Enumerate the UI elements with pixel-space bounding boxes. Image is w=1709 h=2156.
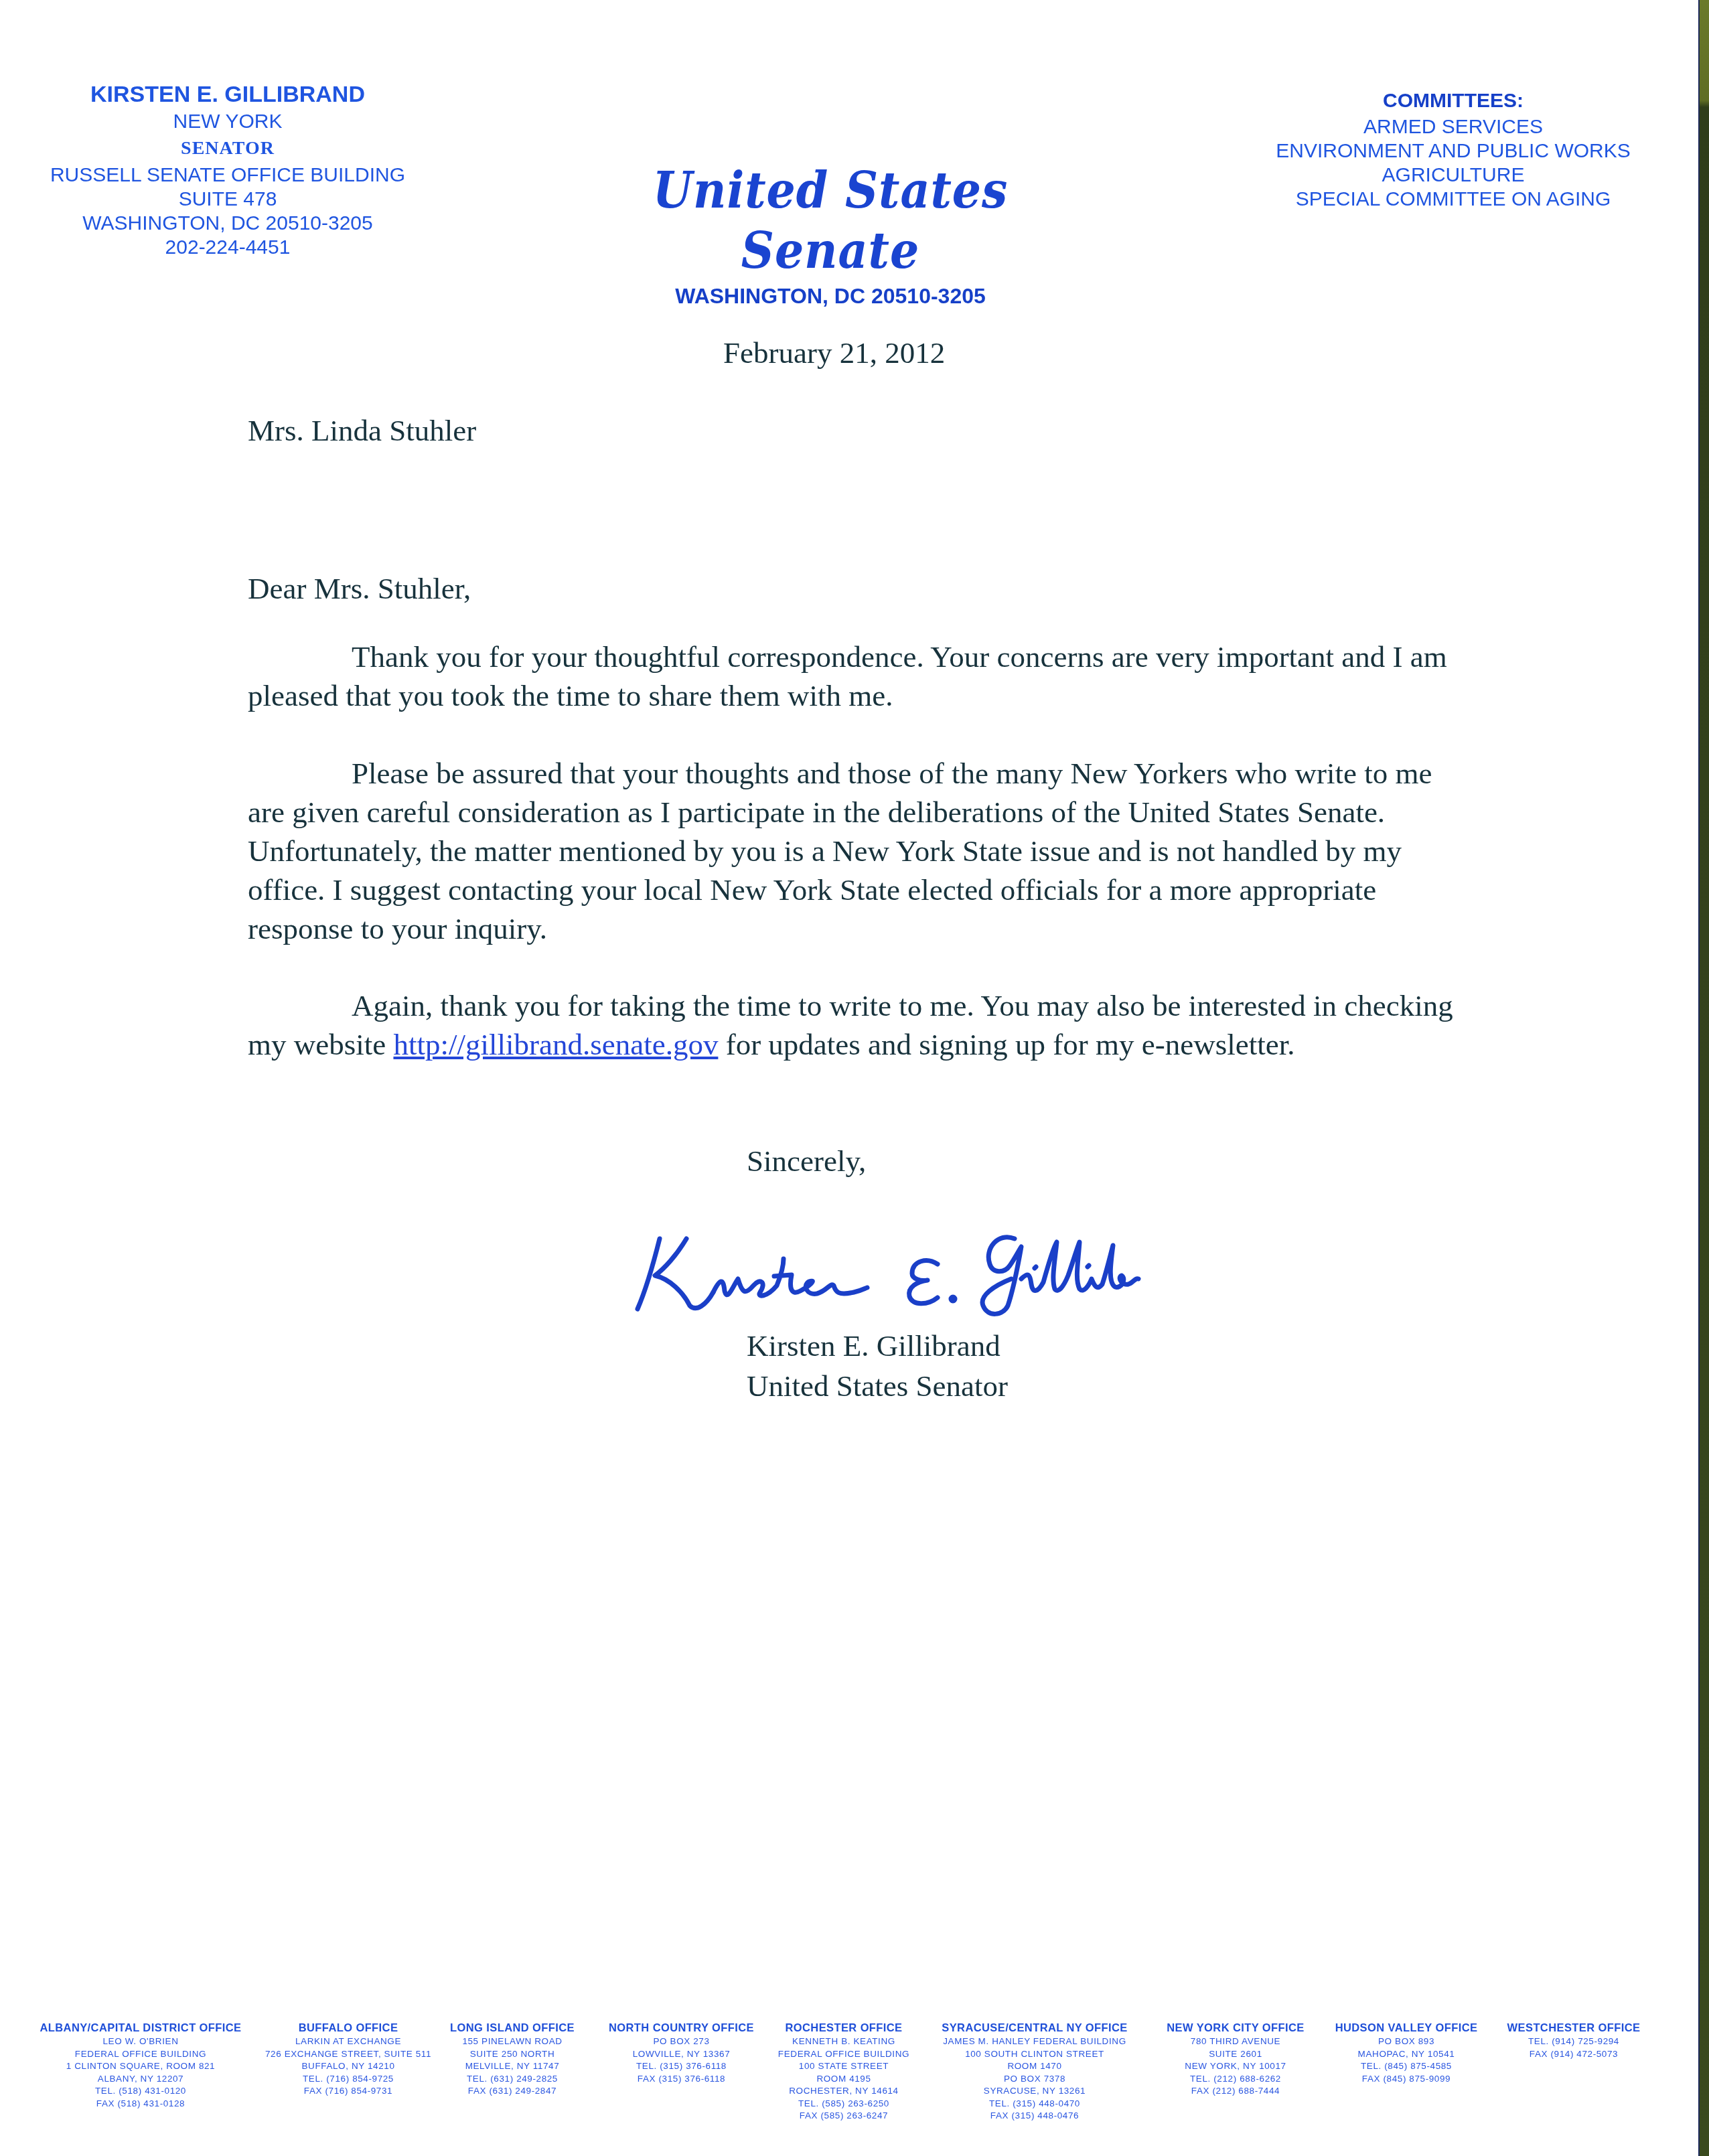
office-line: 726 EXCHANGE STREET, SUITE 511 xyxy=(251,2048,445,2061)
office-line: 155 PINELAWN ROAD xyxy=(442,2035,583,2048)
paragraph-text: for updates and signing up for my e-news… xyxy=(718,1028,1294,1061)
body-paragraph: Again, thank you for taking the time to … xyxy=(248,986,1467,1064)
office-name: LONG ISLAND OFFICE xyxy=(442,2021,583,2035)
office-phone: 202-224-4451 xyxy=(40,236,415,260)
office-line: TEL. (212) 688-6262 xyxy=(1155,2073,1316,2086)
office-buffalo: BUFFALO OFFICE LARKIN AT EXCHANGE 726 EX… xyxy=(251,2021,445,2098)
office-westchester: WESTCHESTER OFFICE TEL. (914) 725-9294 F… xyxy=(1497,2021,1651,2060)
office-line: LEO W. O'BRIEN xyxy=(33,2035,248,2048)
office-suite: SUITE 478 xyxy=(40,187,415,212)
signature-icon xyxy=(623,1212,1145,1319)
office-line: FAX (315) 376-6118 xyxy=(599,2073,763,2086)
office-line: KENNETH B. KEATING xyxy=(773,2035,914,2048)
office-line: MELVILLE, NY 11747 xyxy=(442,2060,583,2073)
committee-item: ARMED SERVICES xyxy=(1239,115,1667,139)
office-albany: ALBANY/CAPITAL DISTRICT OFFICE LEO W. O'… xyxy=(33,2021,248,2110)
senate-masthead: United States Senate WASHINGTON, DC 2051… xyxy=(563,161,1098,309)
signer-name: Kirsten E. Gillibrand xyxy=(747,1326,1008,1366)
office-line: TEL. (585) 263-6250 xyxy=(773,2098,914,2110)
paragraph-text: Please be assured that your thoughts and… xyxy=(248,754,1467,948)
office-syracuse: SYRACUSE/CENTRAL NY OFFICE JAMES M. HANL… xyxy=(927,2021,1142,2123)
letter-date: February 21, 2012 xyxy=(723,333,945,372)
signature-block: Kirsten E. Gillibrand United States Sena… xyxy=(747,1326,1008,1406)
institution-name: United States Senate xyxy=(584,161,1077,281)
office-line: TEL. (914) 725-9294 xyxy=(1497,2035,1651,2048)
office-north-country: NORTH COUNTRY OFFICE PO BOX 273 LOWVILLE… xyxy=(599,2021,763,2085)
office-line: LOWVILLE, NY 13367 xyxy=(599,2048,763,2061)
office-line: TEL. (716) 854-9725 xyxy=(251,2073,445,2086)
office-line: ALBANY, NY 12207 xyxy=(33,2073,248,2086)
office-line: FEDERAL OFFICE BUILDING xyxy=(773,2048,914,2061)
office-line: 1 CLINTON SQUARE, ROOM 821 xyxy=(33,2060,248,2073)
office-building: RUSSELL SENATE OFFICE BUILDING xyxy=(40,163,415,187)
scanned-page-edge xyxy=(1698,0,1709,2156)
senator-title: SENATOR xyxy=(40,134,415,163)
office-line: TEL. (845) 875-4585 xyxy=(1326,2060,1487,2073)
website-link[interactable]: http://gillibrand.senate.gov xyxy=(393,1028,718,1061)
office-line: 780 THIRD AVENUE xyxy=(1155,2035,1316,2048)
office-line: MAHOPAC, NY 10541 xyxy=(1326,2048,1487,2061)
handwritten-signature xyxy=(623,1212,1145,1319)
committee-item: ENVIRONMENT AND PUBLIC WORKS xyxy=(1239,139,1667,163)
senator-state: NEW YORK xyxy=(40,110,415,134)
office-name: ALBANY/CAPITAL DISTRICT OFFICE xyxy=(33,2021,248,2035)
office-line: TEL. (518) 431-0120 xyxy=(33,2085,248,2098)
office-line: PO BOX 893 xyxy=(1326,2035,1487,2048)
office-name: WESTCHESTER OFFICE xyxy=(1497,2021,1651,2035)
committees-block: COMMITTEES: ARMED SERVICES ENVIRONMENT A… xyxy=(1239,87,1667,212)
salutation: Dear Mrs. Stuhler, xyxy=(248,569,471,608)
office-new-york-city: NEW YORK CITY OFFICE 780 THIRD AVENUE SU… xyxy=(1155,2021,1316,2098)
office-rochester: ROCHESTER OFFICE KENNETH B. KEATING FEDE… xyxy=(773,2021,914,2123)
office-hudson-valley: HUDSON VALLEY OFFICE PO BOX 893 MAHOPAC,… xyxy=(1326,2021,1487,2085)
office-name: HUDSON VALLEY OFFICE xyxy=(1326,2021,1487,2035)
office-line: FAX (315) 448-0476 xyxy=(927,2110,1142,2123)
office-line: ROOM 1470 xyxy=(927,2060,1142,2073)
office-line: SUITE 2601 xyxy=(1155,2048,1316,2061)
office-line: TEL. (631) 249-2825 xyxy=(442,2073,583,2086)
senator-name: KIRSTEN E. GILLIBRAND xyxy=(40,79,415,110)
office-line: NEW YORK, NY 10017 xyxy=(1155,2060,1316,2073)
office-line: FAX (845) 875-9099 xyxy=(1326,2073,1487,2086)
office-line: 100 STATE STREET xyxy=(773,2060,914,2073)
office-name: SYRACUSE/CENTRAL NY OFFICE xyxy=(927,2021,1142,2035)
office-name: NEW YORK CITY OFFICE xyxy=(1155,2021,1316,2035)
body-paragraph: Please be assured that your thoughts and… xyxy=(248,754,1467,948)
office-line: TEL. (315) 376-6118 xyxy=(599,2060,763,2073)
institution-address: WASHINGTON, DC 20510-3205 xyxy=(563,283,1098,309)
office-name: BUFFALO OFFICE xyxy=(251,2021,445,2035)
office-line: ROOM 4195 xyxy=(773,2073,914,2086)
office-line: LARKIN AT EXCHANGE xyxy=(251,2035,445,2048)
paragraph-text: Thank you for your thoughtful correspond… xyxy=(248,637,1467,715)
body-paragraph: Thank you for your thoughtful correspond… xyxy=(248,637,1467,715)
office-name: NORTH COUNTRY OFFICE xyxy=(599,2021,763,2035)
office-line: PO BOX 7378 xyxy=(927,2073,1142,2086)
office-line: FEDERAL OFFICE BUILDING xyxy=(33,2048,248,2061)
closing: Sincerely, xyxy=(747,1142,866,1180)
office-line: FAX (518) 431-0128 xyxy=(33,2098,248,2110)
committee-item: AGRICULTURE xyxy=(1239,163,1667,187)
office-long-island: LONG ISLAND OFFICE 155 PINELAWN ROAD SUI… xyxy=(442,2021,583,2098)
signer-title: United States Senator xyxy=(747,1366,1008,1406)
office-line: FAX (914) 472-5073 xyxy=(1497,2048,1651,2061)
office-line: FAX (585) 263-6247 xyxy=(773,2110,914,2123)
office-line: 100 SOUTH CLINTON STREET xyxy=(927,2048,1142,2061)
office-line: JAMES M. HANLEY FEDERAL BUILDING xyxy=(927,2035,1142,2048)
office-city: WASHINGTON, DC 20510-3205 xyxy=(40,212,415,236)
office-line: BUFFALO, NY 14210 xyxy=(251,2060,445,2073)
recipient-name: Mrs. Linda Stuhler xyxy=(248,411,476,450)
office-line: FAX (631) 249-2847 xyxy=(442,2085,583,2098)
senator-contact-block: KIRSTEN E. GILLIBRAND NEW YORK SENATOR R… xyxy=(40,79,415,260)
committee-item: SPECIAL COMMITTEE ON AGING xyxy=(1239,187,1667,212)
office-line: TEL. (315) 448-0470 xyxy=(927,2098,1142,2110)
office-line: FAX (212) 688-7444 xyxy=(1155,2085,1316,2098)
office-line: SYRACUSE, NY 13261 xyxy=(927,2085,1142,2098)
committees-heading: COMMITTEES: xyxy=(1239,87,1667,115)
office-line: FAX (716) 854-9731 xyxy=(251,2085,445,2098)
office-line: PO BOX 273 xyxy=(599,2035,763,2048)
office-line: SUITE 250 NORTH xyxy=(442,2048,583,2061)
regional-offices-footer: ALBANY/CAPITAL DISTRICT OFFICE LEO W. O'… xyxy=(0,2021,1709,2141)
office-line: ROCHESTER, NY 14614 xyxy=(773,2085,914,2098)
office-name: ROCHESTER OFFICE xyxy=(773,2021,914,2035)
